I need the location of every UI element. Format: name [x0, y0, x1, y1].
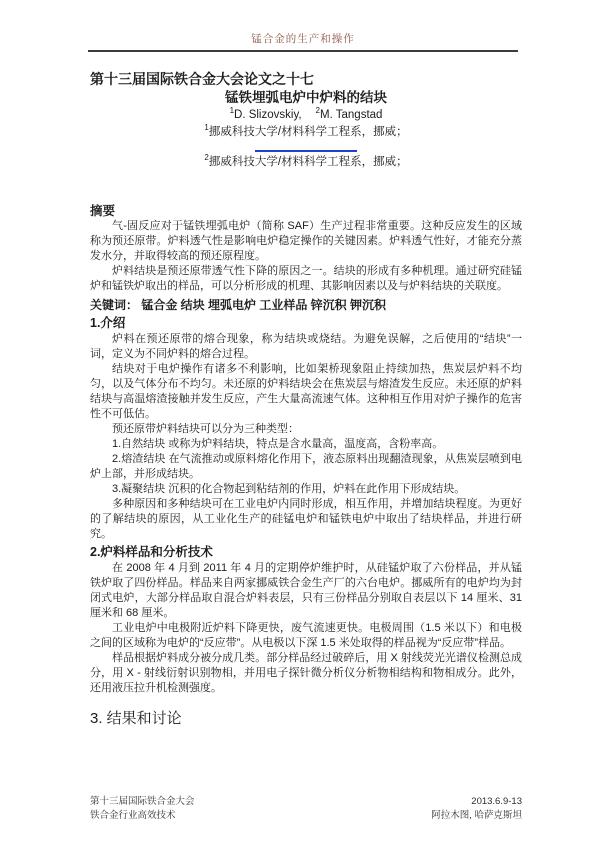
- section-paragraph: 在 2008 年 4 月到 2011 年 4 月的定期停炉维护时，从硅锰炉取了六…: [90, 561, 522, 621]
- affiliation-2-text: 挪威科技大学/材料科学工程系，挪威；: [209, 156, 408, 168]
- section-paragraph: 多种原因和多种结块可在工业电炉内同时形成，相互作用，并增加结块程度。为更好的了解…: [90, 497, 522, 542]
- authors-line: 1D. Slizovskiy,2M. Tangstad: [90, 108, 522, 123]
- footer-row-2: 铁合金行业高效技术 阿拉木图, 哈萨克斯坦: [90, 809, 522, 823]
- section-heading-results: 3. 结果和讨论: [90, 709, 522, 728]
- footer-conference-theme: 铁合金行业高效技术: [90, 809, 176, 823]
- affiliation-1-text: 挪威科技大学/材料科学工程系，挪威；: [209, 126, 408, 138]
- section-paragraph: 样品根据炉料成分被分成几类。部分样品经过破碎后，用 X 射线荧光光谱仪检测总成分…: [90, 651, 522, 696]
- footer-conference-name: 第十三届国际铁合金大会: [90, 795, 195, 809]
- page-footer: 第十三届国际铁合金大会 2013.6.9-13 铁合金行业高效技术 阿拉木图, …: [90, 795, 522, 823]
- section-paragraph: 预还原带炉料结块可以分为三种类型：: [90, 422, 522, 437]
- section-paragraph: 2.熔渣结块 在气流推动或原料熔化作用下，液态原料出现翻渣现象，从焦炭层喷到电炉…: [90, 452, 522, 482]
- section-paragraph: 炉料在预还原带的熔合现象，称为结块或烧结。为避免误解，之后使用的“结块”一词，定…: [90, 332, 522, 362]
- abstract-paragraph: 炉料结块是预还原带透气性下降的原因之一。结块的形成有多种机理。通过研究硅锰炉和锰…: [90, 264, 522, 294]
- footer-row-1: 第十三届国际铁合金大会 2013.6.9-13: [90, 795, 522, 809]
- abstract-paragraph: 气-固反应对于锰铁埋弧电炉（简称 SAF）生产过程非常重要。这种反应发生的区域称…: [90, 219, 522, 264]
- blue-underline: [255, 150, 357, 152]
- author-1-name: D. Slizovskiy,: [234, 109, 302, 121]
- author-2-name: M. Tangstad: [320, 109, 382, 121]
- paper-title: 锰铁埋弧电炉中炉料的结块: [90, 89, 522, 106]
- keywords-line: 关键词： 锰合金 结块 埋弧电炉 工业样品 锌沉积 钾沉积: [90, 297, 522, 313]
- document-page: 锰合金的生产和操作 第十三届国际铁合金大会论文之十七 锰铁埋弧电炉中炉料的结块 …: [0, 0, 610, 850]
- affiliation-1: 1挪威科技大学/材料科学工程系，挪威；: [90, 125, 522, 140]
- affiliation-2: 2挪威科技大学/材料科学工程系，挪威；: [90, 155, 522, 170]
- footer-date: 2013.6.9-13: [471, 795, 522, 809]
- running-header: 锰合金的生产和操作: [88, 31, 518, 52]
- section-paragraph: 3.凝聚结块 沉积的化合物起到粘结剂的作用，炉料在此作用下形成结块。: [90, 482, 522, 497]
- section-heading-introduction: 1.介绍: [90, 315, 522, 331]
- keywords-text: 锰合金 结块 埋弧电炉 工业样品 锌沉积 钾沉积: [138, 298, 386, 312]
- section-paragraph: 1.自然结块 或称为炉料结块，特点是含水量高，温度高，含粉率高。: [90, 437, 522, 452]
- keywords-label: 关键词：: [90, 298, 138, 312]
- running-header-title: 锰合金的生产和操作: [251, 33, 355, 45]
- series-title: 第十三届国际铁合金大会论文之十七: [90, 71, 522, 88]
- page-content: 第十三届国际铁合金大会论文之十七 锰铁埋弧电炉中炉料的结块 1D. Slizov…: [90, 71, 522, 728]
- abstract-heading: 摘要: [90, 203, 522, 219]
- section-paragraph: 结块对于电炉操作有诸多不利影响，比如架桥现象阻止持续加热，焦炭层炉料不均 匀，以…: [90, 362, 522, 422]
- section-heading-samples: 2.炉料样品和分析技术: [90, 544, 522, 560]
- footer-location: 阿拉木图, 哈萨克斯坦: [431, 809, 522, 823]
- section-paragraph: 工业电炉中电极附近炉料下降更快，废气流速更快。电极周围（1.5 米以下）和电极之…: [90, 621, 522, 651]
